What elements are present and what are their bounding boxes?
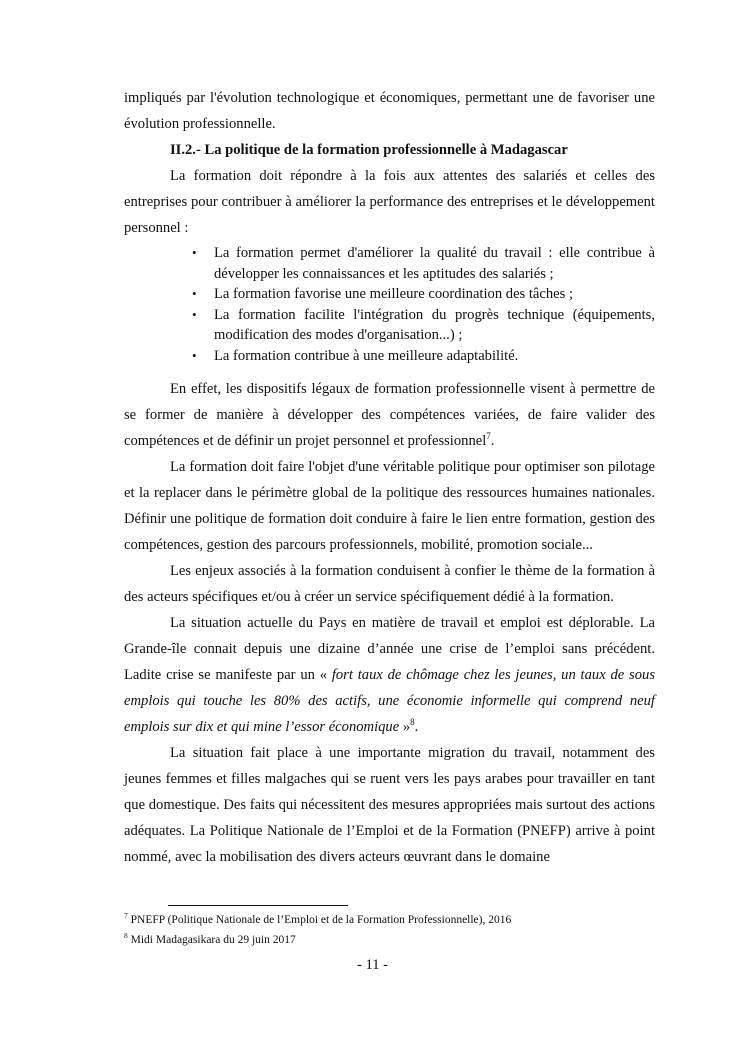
paragraph-4: Les enjeux associés à la formation condu… bbox=[124, 558, 655, 610]
page-number: - 11 - bbox=[0, 957, 745, 974]
list-item: La formation facilite l'intégration du p… bbox=[214, 305, 655, 346]
section-heading: II.2.- La politique de la formation prof… bbox=[124, 137, 655, 163]
footnote-separator bbox=[168, 905, 348, 906]
paragraph-1: La formation doit répondre à la fois aux… bbox=[124, 163, 655, 241]
paragraph-6: La situation fait place à une importante… bbox=[124, 740, 655, 870]
punctuation: . bbox=[415, 719, 419, 735]
footnotes: 7 PNEFP (Politique Nationale de l’Emploi… bbox=[124, 910, 655, 950]
paragraph-3: La formation doit faire l'objet d'une vé… bbox=[124, 454, 655, 558]
list-item: La formation favorise une meilleure coor… bbox=[214, 284, 655, 305]
bullet-list: La formation permet d'améliorer la quali… bbox=[124, 243, 655, 366]
footnote-text: PNEFP (Politique Nationale de l’Emploi e… bbox=[128, 914, 512, 926]
paragraph-2: En effet, les dispositifs légaux de form… bbox=[124, 376, 655, 454]
paragraph-2-text: En effet, les dispositifs légaux de form… bbox=[124, 381, 655, 449]
quote-close: » bbox=[399, 719, 410, 735]
list-item: La formation contribue à une meilleure a… bbox=[214, 346, 655, 367]
list-item: La formation permet d'améliorer la quali… bbox=[214, 243, 655, 284]
document-body: impliqués par l'évolution technologique … bbox=[124, 85, 655, 870]
footnote-7: 7 PNEFP (Politique Nationale de l’Emploi… bbox=[124, 910, 655, 930]
footnote-8: 8 Midi Madagasikara du 29 juin 2017 bbox=[124, 930, 655, 950]
paragraph-intro: impliqués par l'évolution technologique … bbox=[124, 85, 655, 137]
footnote-text: Midi Madagasikara du 29 juin 2017 bbox=[128, 934, 296, 946]
paragraph-5: La situation actuelle du Pays en matière… bbox=[124, 610, 655, 740]
punctuation: . bbox=[491, 433, 495, 449]
